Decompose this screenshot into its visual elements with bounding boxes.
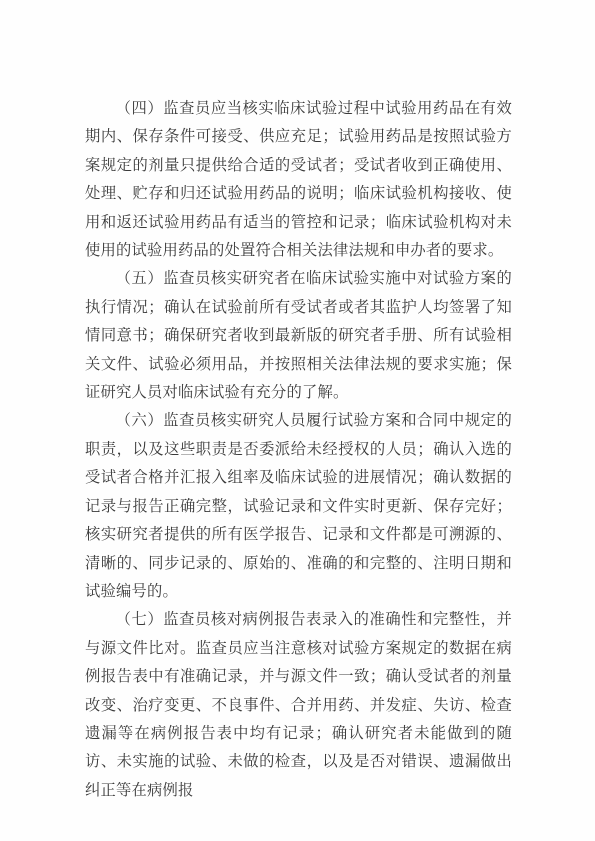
paragraph-clause-7: （七）监查员核对病例报告表录入的准确性和完整性，并与源文件比对。监查员应当注意核… — [85, 606, 512, 805]
paragraph-clause-4: （四）监查员应当核实临床试验过程中试验用药品在有效期内、保存条件可接受、供应充足… — [85, 95, 512, 265]
paragraph-clause-6: （六）监查员核实研究人员履行试验方案和合同中规定的职责，以及这些职责是否委派给未… — [85, 407, 512, 606]
paragraph-clause-5: （五）监查员核实研究者在临床试验实施中对试验方案的执行情况；确认在试验前所有受试… — [85, 265, 512, 407]
document-body: （四）监查员应当核实临床试验过程中试验用药品在有效期内、保存条件可接受、供应充足… — [85, 95, 512, 805]
document-page: （四）监查员应当核实临床试验过程中试验用药品在有效期内、保存条件可接受、供应充足… — [0, 0, 595, 841]
